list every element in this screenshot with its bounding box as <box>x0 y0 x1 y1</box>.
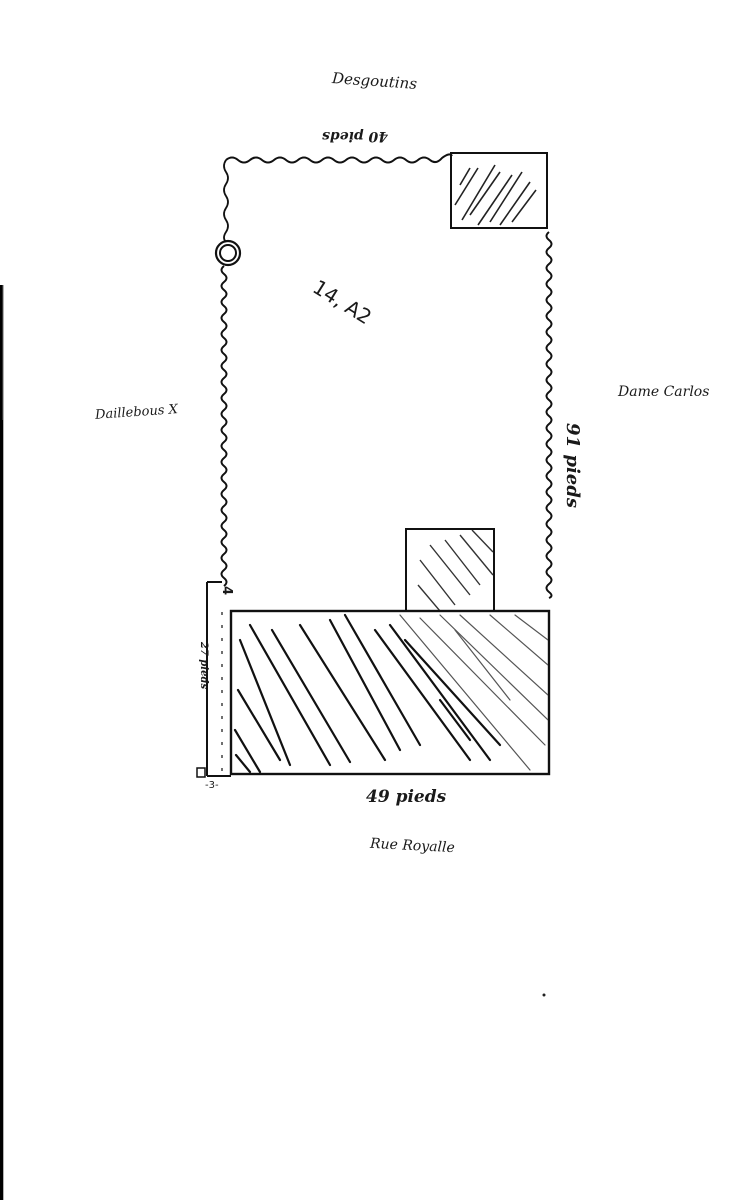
corner-marker <box>197 768 205 777</box>
dimension-bottom-offset-label: -3- <box>205 780 219 791</box>
fence-west-upper <box>224 160 228 242</box>
west-strip <box>207 582 231 776</box>
property-plan <box>0 0 745 1200</box>
dimension-left-offset-label: 4 <box>219 586 234 595</box>
dimension-bottom-label: 49 pieds <box>366 787 446 807</box>
outbuilding-middle <box>406 529 494 611</box>
outbuilding-north-east <box>451 153 547 228</box>
well-icon <box>216 241 240 265</box>
neighbor-east-label: Dame Carlos <box>618 384 709 400</box>
main-house <box>231 611 549 774</box>
fence-north <box>226 154 452 162</box>
dimension-right-label: 91 pieds <box>562 423 583 508</box>
fence-west-lower <box>222 266 227 586</box>
ink-dot <box>543 994 546 997</box>
dimension-left-strip-label: 27 pieds <box>198 642 209 689</box>
fence-east <box>547 232 552 598</box>
dimension-top-label: 40 pieds <box>322 128 388 144</box>
